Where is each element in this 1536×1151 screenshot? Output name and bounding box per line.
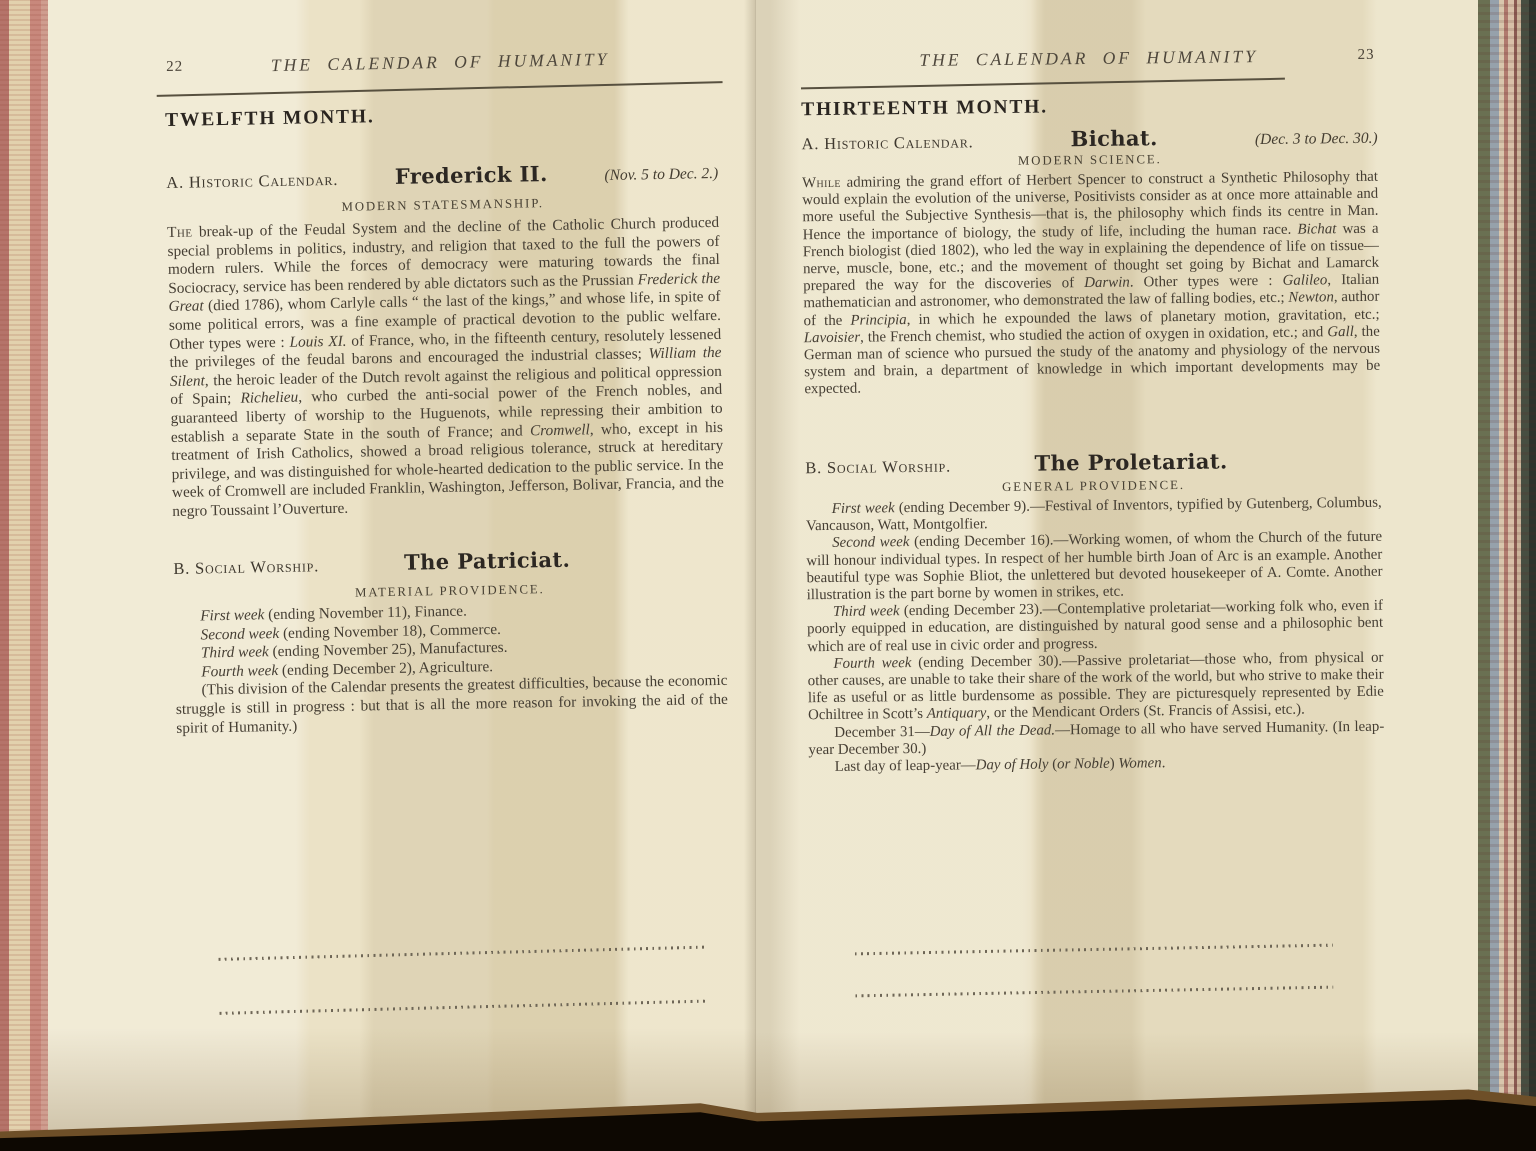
section-a-dates: (Dec. 3 to Dec. 30.) (1255, 130, 1378, 149)
dotted-line (220, 1000, 706, 1015)
right-page-header: THE CALENDAR OF HUMANITY 23 (801, 45, 1377, 76)
section-a-subtitle: MODERN STATESMANSHIP. (167, 193, 719, 218)
section-a-label: A. Historic Calendar. (166, 170, 338, 193)
section-a-label: A. Historic Calendar. (802, 132, 974, 154)
dotted-line (855, 944, 1333, 956)
section-b-label: B. Social Worship. (173, 556, 319, 579)
paragraph: The break-up of the Feudal System and th… (167, 214, 724, 522)
header-rule-right (801, 78, 1285, 89)
section-b-name: The Patriciat. (319, 545, 656, 576)
social-text-right: First week (ending December 9).—Festival… (806, 495, 1385, 777)
week-line: Fourth week (ending December 30).—Passiv… (807, 650, 1384, 725)
section-a-name: Frederick II. (338, 160, 605, 190)
running-title-right: THE CALENDAR OF HUMANITY (801, 45, 1377, 73)
closing-note: (This division of the Calendar presents … (175, 672, 728, 738)
week-line: Second week (ending December 16).—Workin… (806, 529, 1383, 604)
header-rule-left (157, 81, 723, 96)
historic-paragraph-right: While admiring the grand effort of Herbe… (802, 169, 1380, 399)
dotted-line (219, 946, 705, 961)
book-scan: 22 THE CALENDAR OF HUMANITY TWELFTH MONT… (0, 0, 1536, 1151)
section-b-left: B. Social Worship. The Patriciat. (173, 544, 725, 579)
social-text-left: First week (ending November 11), Finance… (174, 598, 728, 738)
month-heading-left: TWELFTH MONTH. (165, 100, 717, 132)
dotted-line (855, 986, 1333, 998)
section-a-dates: (Nov. 5 to Dec. 2.) (604, 165, 718, 185)
running-title-left: THE CALENDAR OF HUMANITY (164, 47, 716, 78)
historic-paragraph-left: The break-up of the Feudal System and th… (167, 214, 724, 522)
paragraph: While admiring the grand effort of Herbe… (802, 169, 1380, 399)
section-b-right: B. Social Worship. The Proletariat. (805, 447, 1381, 479)
left-page: 22 THE CALENDAR OF HUMANITY TWELFTH MONT… (48, 0, 756, 1142)
section-a-right: A. Historic Calendar. Bichat. (Dec. 3 to… (801, 123, 1377, 155)
section-b-subtitle: GENERAL PROVIDENCE. (805, 476, 1381, 498)
right-page: THE CALENDAR OF HUMANITY 23 THIRTEENTH M… (756, 0, 1478, 1134)
section-b-name: The Proletariat. (951, 447, 1312, 476)
section-b-label: B. Social Worship. (805, 457, 951, 479)
section-a-left: A. Historic Calendar. Frederick II. (Nov… (166, 158, 718, 193)
week-line: Third week (ending December 23).—Contemp… (807, 598, 1384, 656)
section-a-name: Bichat. (973, 124, 1255, 152)
month-heading-right: THIRTEENTH MONTH. (801, 93, 1377, 122)
page-number-right: 23 (1358, 47, 1375, 64)
book-cover-edge-right (1474, 0, 1536, 1151)
left-page-header: 22 THE CALENDAR OF HUMANITY (164, 47, 716, 81)
